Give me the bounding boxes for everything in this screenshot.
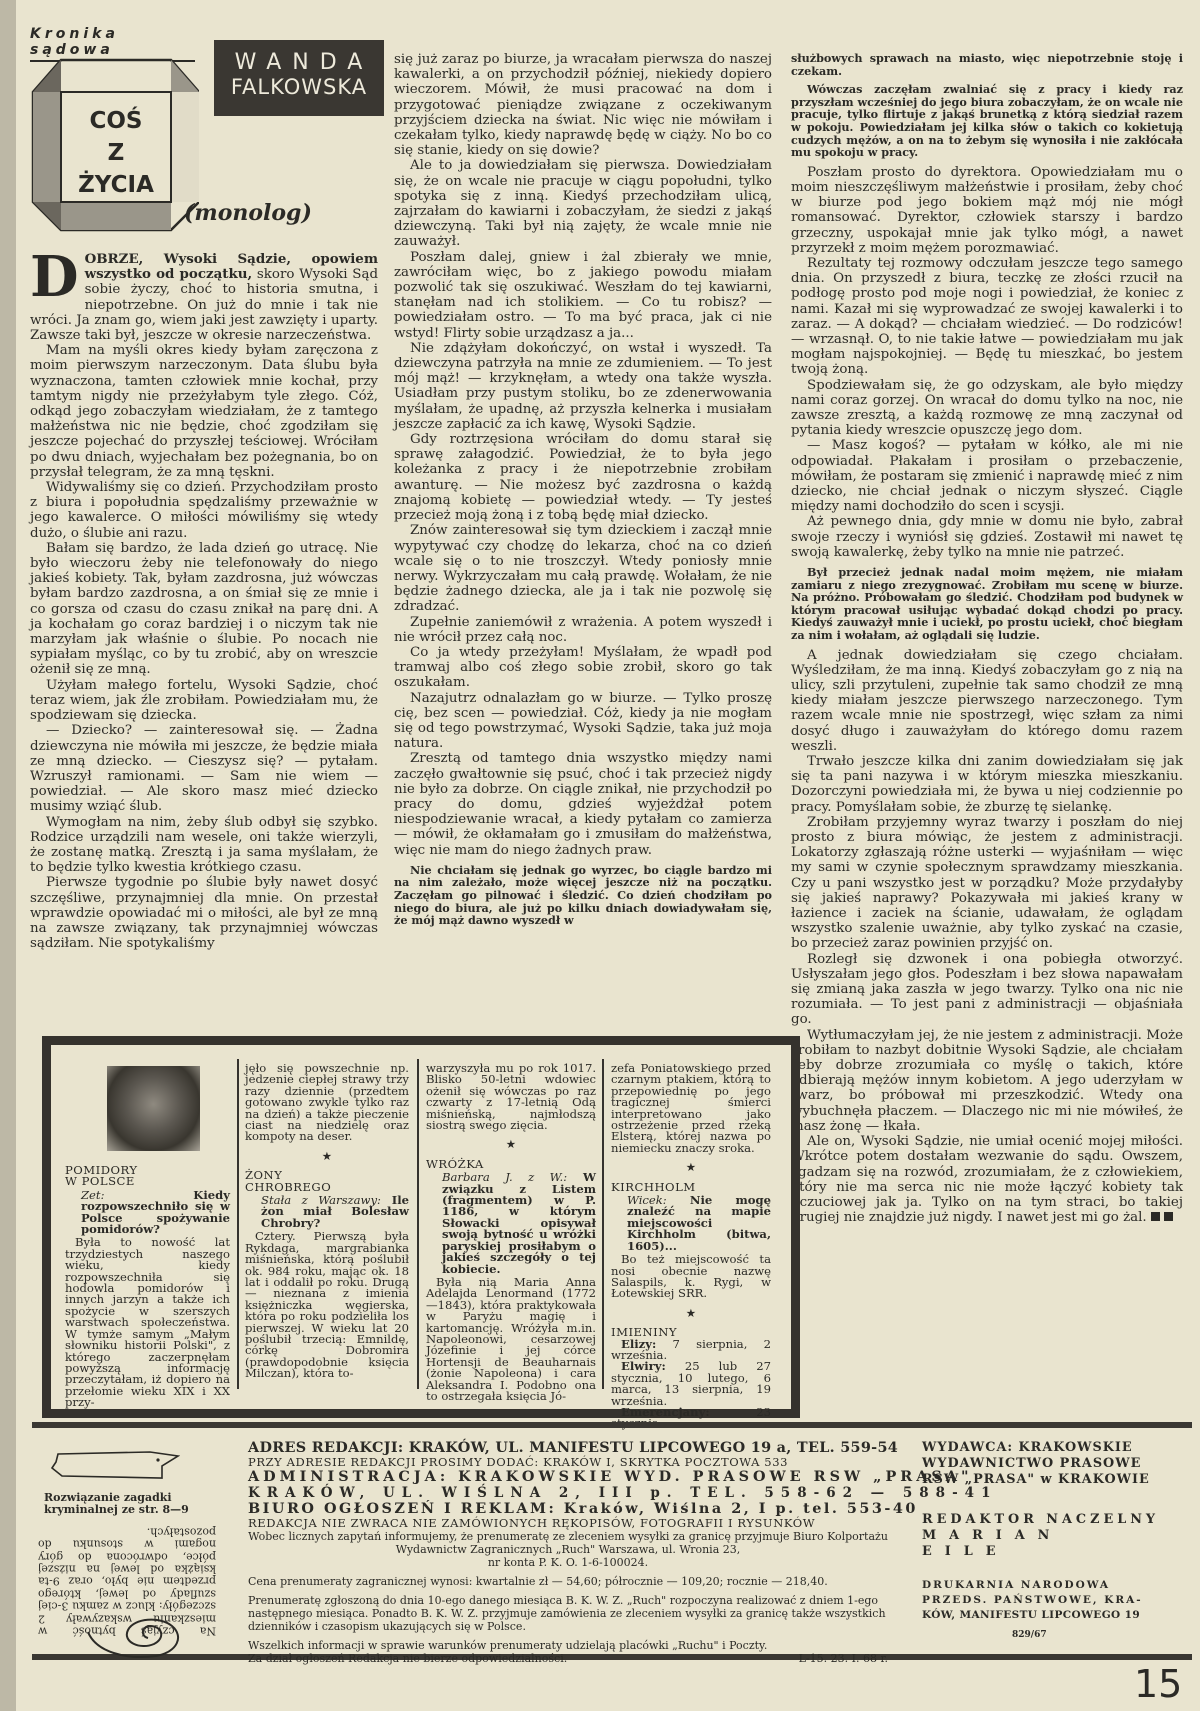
star-separator-icon: ★	[611, 1162, 771, 1173]
paragraph: Rozległ się dzwonek i ona pobiegła otwor…	[791, 952, 1183, 1028]
qa-answer: Była nią Maria Anna Adelajda Lenormand (…	[426, 1277, 596, 1402]
paragraph: Wymogłam na nim, żeby ślub odbył się szy…	[30, 815, 378, 876]
editor-name: MARIAN EILE	[922, 1528, 1162, 1560]
qa-answer: Bo też miejscowość ta nosi obecnie nazwę…	[611, 1254, 771, 1300]
paragraph: Spodziewałam się, że go odzyskam, ale by…	[791, 378, 1183, 439]
paragraph: Trwało jeszcze kilka dni zanim dowiedzia…	[791, 754, 1183, 815]
qa-question: Wicek: Nie mogę znaleźć na mapie miejsco…	[611, 1195, 771, 1252]
lead-paragraph: DOBRZE, Wysoki Sądzie, opowiem wszystko …	[30, 252, 378, 343]
author-last-name: FALKOWSKA	[214, 75, 384, 99]
small-print-paragraph: służbowych sprawach na miasto, więc niep…	[791, 52, 1183, 77]
paragraph: Nie zdążyłam dokończyć, on wstał i wysze…	[394, 341, 772, 432]
star-separator-icon: ★	[611, 1308, 771, 1319]
author-first-name: WANDA	[214, 50, 384, 75]
svg-text:ŻYCIA: ŻYCIA	[78, 170, 154, 198]
qa-question: Barbara J. z W.: W związku z Listem (fra…	[426, 1172, 596, 1275]
qa-question: Stała z Warszawy: Ile żon miał Bolesław …	[245, 1195, 409, 1229]
box-logo-icon: COŚ Z ŻYCIA	[31, 52, 199, 232]
paragraph: Znów zainteresował się tym dzieckiem i z…	[394, 523, 772, 614]
paragraph: Mam na myśli okres kiedy byłam zaręczona…	[30, 343, 378, 480]
qa-column-2: jęło się powszechnie np. jedzenie ciepłe…	[245, 1063, 409, 1380]
end-mark-icon	[1151, 1212, 1160, 1221]
paragraph: Co ja wtedy przeżyłam! Myślałam, że wpad…	[394, 645, 772, 691]
paragraph: Użyłam małego fortelu, Wysoki Sądzie, ch…	[30, 678, 378, 724]
end-mark-icon	[1164, 1212, 1173, 1221]
reader-questions-box: POMIDORY W POLSCE Zet: Kiedy rozpowszech…	[42, 1036, 800, 1418]
qa-question: Zet: Kiedy rozpowszechniło się w Polsce …	[65, 1190, 230, 1236]
star-separator-icon: ★	[426, 1139, 596, 1150]
nameday-entry: Elwiry: 25 lub 27 stycznia, 10 lutego, 6…	[611, 1361, 771, 1407]
qa-answer: Była to nowość lat trzydziestych naszego…	[65, 1237, 230, 1408]
paragraph: Zrobiłam przyjemny wyraz twarzy i poszła…	[791, 815, 1183, 952]
qa-column-3: warzyszyła mu po rok 1017. Blisko 50-let…	[426, 1063, 596, 1402]
editor-title: REDAKTOR NACZELNY	[922, 1512, 1162, 1528]
paragraph: — Dziecko? — zainteresował się. — Żadna …	[30, 723, 378, 814]
paragraph: Aż pewnego dnia, gdy mnie w domu nie był…	[791, 514, 1183, 560]
qa-heading: WRÓŻKA	[426, 1159, 596, 1170]
binding-gutter	[0, 0, 16, 1711]
paragraph: Wytłumaczyłam jej, że nie jestem z admin…	[791, 1028, 1183, 1134]
editorial-imprint: ADRES REDAKCJI: KRAKÓW, UL. MANIFESTU LI…	[248, 1440, 888, 1665]
nameday-entry: Elizy: 7 sierpnia, 2 września.	[611, 1339, 771, 1362]
paragraph: Bałam się bardzo, że lada dzień go utrac…	[30, 541, 378, 678]
qa-heading: POMIDORY W POLSCE	[65, 1165, 230, 1188]
paragraph: Rezultaty tej rozmowy odczułam jeszcze t…	[791, 256, 1183, 378]
paragraph: Zupełnie zaniemówił z wrażenia. A potem …	[394, 615, 772, 645]
small-print-paragraph: Wówczas zaczęłam zwalniać się z pracy i …	[791, 83, 1183, 159]
qa-heading: ŻONY CHROBREGO	[245, 1170, 409, 1193]
article-column-1: DOBRZE, Wysoki Sądzie, opowiem wszystko …	[30, 252, 378, 951]
paragraph: się już zaraz po biurze, ja wracałam pie…	[394, 52, 772, 158]
puzzle-solution-caption: Rozwiązanie zagadki kryminalnej ze str. …	[44, 1492, 214, 1516]
column-rule	[237, 1059, 239, 1389]
column-rule	[602, 1059, 604, 1389]
column-logo: COŚ Z ŻYCIA	[31, 52, 199, 232]
author-banner: WANDA FALKOWSKA	[214, 40, 384, 116]
spiral-ornament-icon	[86, 1612, 186, 1662]
article-subtitle: (monolog)	[184, 200, 312, 226]
qa-answer: Cztery. Pierwszą była Rykdaga, margrabia…	[245, 1231, 409, 1379]
svg-text:Z: Z	[108, 140, 125, 166]
paragraph: Pierwsze tygodnie po ślubie były nawet d…	[30, 875, 378, 951]
paragraph: Poszłam dalej, gniew i żal zbierały we m…	[394, 250, 772, 341]
page-number: 15	[1134, 1662, 1182, 1706]
small-print-paragraph: Był przecież jednak nadal moim mężem, ni…	[791, 566, 1183, 642]
column-rule	[417, 1059, 419, 1389]
print-code: L-15. 23. I. 68 r.	[799, 1652, 888, 1665]
paragraph: Zresztą od tamtego dnia wszystko między …	[394, 751, 772, 857]
svg-text:COŚ: COŚ	[90, 106, 143, 134]
paragraph: Widywaliśmy się co dzień. Przychodziłam …	[30, 480, 378, 541]
paragraph: Ale on, Wysoki Sądzie, nie umiał ocenić …	[791, 1134, 1183, 1225]
paragraph: — Masz kogoś? — pytałam w kółko, ale mi …	[791, 438, 1183, 514]
qa-column-1: POMIDORY W POLSCE Zet: Kiedy rozpowszech…	[65, 1159, 230, 1409]
paragraph: Gdy roztrzęsiona wróciłam do domu starał…	[394, 432, 772, 523]
article-column-3: służbowych sprawach na miasto, więc niep…	[791, 52, 1183, 1225]
newspaper-page: Kronika sądowa COŚ Z ŻYCIA WANDA FALKOWS…	[16, 0, 1200, 1711]
paragraph: Nazajutrz odnalazłam go w biurze. — Tylk…	[394, 691, 772, 752]
qa-column-4: zefa Poniatowskiego przed czarnym ptakie…	[611, 1063, 771, 1430]
order-number: 829/67	[922, 1627, 1162, 1643]
qa-heading: KIRCHHOLM	[611, 1182, 771, 1193]
star-separator-icon: ★	[245, 1151, 409, 1162]
paragraph: Ale to ja dowiedziałam się pierwsza. Dow…	[394, 158, 772, 249]
drop-cap: D	[30, 254, 79, 300]
puzzle-drawing-icon	[50, 1448, 180, 1480]
publisher-info: WYDAWCA: KRAKOWSKIE WYDAWNICTWO PRASOWE …	[922, 1440, 1162, 1643]
article-column-2: się już zaraz po biurze, ja wracałam pie…	[394, 52, 772, 933]
paragraph: A jednak dowiedziałam się czego chciałam…	[791, 648, 1183, 754]
footer-top-rule	[32, 1422, 1192, 1428]
small-print-paragraph: Nie chciałam się jednak go wyrzec, bo ci…	[394, 864, 772, 927]
columnist-photo	[107, 1066, 200, 1151]
paragraph: Poszłam prosto do dyrektora. Opowiedział…	[791, 165, 1183, 256]
